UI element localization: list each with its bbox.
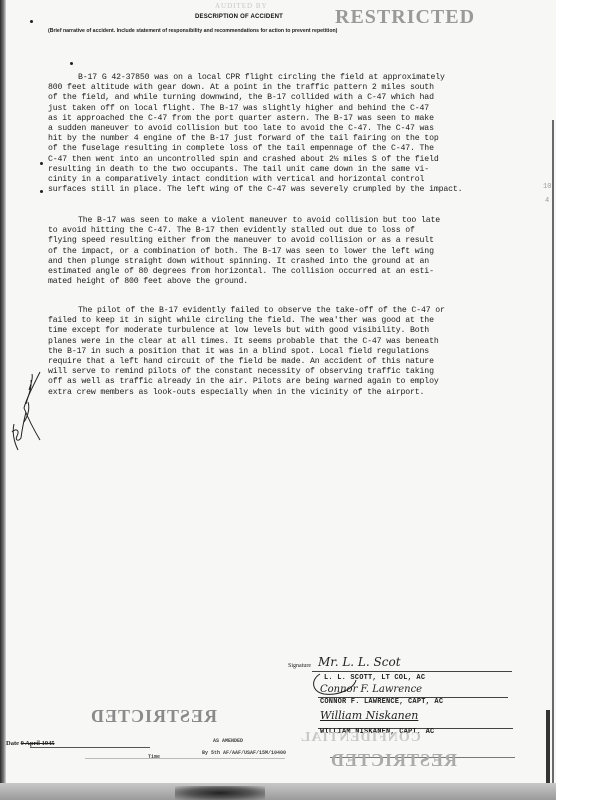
time-note: Time (148, 754, 160, 760)
form-instructions: (Brief narrative of accident. Include st… (48, 28, 337, 34)
handwritten-signature-3: William Niskanen (320, 709, 418, 722)
handwritten-signature-2: Connor F. Lawrence (320, 684, 422, 695)
text-line: surfaces still in place. The left wing o… (48, 185, 548, 195)
signer-name-2: CONNOR F. LAWRENCE, CAPT, AC (320, 698, 443, 706)
date-underline (30, 747, 150, 748)
text-line: flying speed resulting either from the m… (48, 236, 548, 246)
text-line: of the field, and while turning downwind… (48, 93, 548, 103)
punch-hole-mark (30, 20, 33, 23)
date-label: Date (6, 740, 19, 747)
text-line: B-17 G 42-37850 was on a local CPR fligh… (48, 73, 548, 83)
text-line: planes were in the clear at all times. I… (48, 337, 548, 347)
text-line: just taken off on local flight. The B-17… (48, 104, 548, 114)
authority-note: By 5th AF/AAF/USAF/15M/10400 (202, 750, 286, 756)
scan-smudge (175, 786, 265, 800)
text-line: will serve to remind pilots of the const… (48, 367, 548, 377)
side-number: 4 (545, 197, 549, 205)
text-line: time except for moderate turbulence at l… (48, 326, 548, 336)
side-number: 10 (543, 183, 551, 191)
narrative-paragraph-1: B-17 G 42-37850 was on a local CPR fligh… (48, 73, 548, 195)
text-line: require that a left hand circuit of the … (48, 357, 548, 367)
text-line: estimated angle of 80 degrees from horiz… (48, 267, 548, 277)
text-line: mated height of 800 feet above the groun… (48, 277, 548, 287)
faint-rule (85, 758, 285, 759)
text-line: extra crew members as look-outs especial… (48, 388, 548, 398)
text-line: of the fuselage resulting in complete lo… (48, 144, 548, 154)
restricted-stamp-bottom-left: RESTRICTED (90, 706, 217, 727)
text-line: and then plunge straight down without sp… (48, 257, 548, 267)
narrative-paragraph-3: The pilot of the B-17 evidently failed t… (48, 306, 548, 398)
text-line: 800 feet altitude with gear down. At a p… (48, 83, 548, 93)
signature-label: Signature (288, 663, 311, 669)
restricted-stamp-bottom-right: RESTRICTED (330, 750, 457, 771)
scan-bottom-edge (0, 783, 556, 800)
restricted-stamp-top: RESTRICTED (335, 6, 475, 29)
text-line: C-47 then went into an uncontrolled spin… (48, 155, 548, 165)
narrative-paragraph-2: The B-17 was seen to make a violent mane… (48, 216, 548, 287)
text-line: as it approached the C-47 from the port … (48, 114, 548, 124)
page-title: DESCRIPTION OF ACCIDENT (195, 14, 283, 20)
text-line: cinity in a comparatively intact conditi… (48, 175, 548, 185)
text-line: off as well as traffic already in the ai… (48, 377, 548, 387)
handwritten-bracket-mark (22, 370, 42, 442)
date-value: 9 April 1945 (21, 740, 55, 747)
text-line: failed to keep it in sight while circlin… (48, 316, 548, 326)
text-line: the B-17 in such a position that it was … (48, 347, 548, 357)
text-line: to avoid hitting the C-47. The B-17 then… (48, 226, 548, 236)
faint-header-text: AUDITED BY (215, 2, 325, 10)
amendment-note: AS AMENDED (213, 738, 243, 744)
date-field: Date 9 April 1945 (6, 740, 55, 747)
text-line: resulting in death to the two occupants.… (48, 165, 548, 175)
scan-right-edge (552, 120, 554, 790)
text-line: The pilot of the B-17 evidently failed t… (48, 306, 548, 316)
handwritten-signature-1: Mr. L. L. Scot (318, 655, 401, 669)
text-line: of the impact, or a combination of both.… (48, 247, 548, 257)
text-line: a sudden maneuver to avoid collision but… (48, 124, 548, 134)
punch-hole-mark (40, 162, 43, 165)
text-line: The B-17 was seen to make a violent mane… (48, 216, 548, 226)
faint-stamp-bottom-right: CONFIDENTIAL (300, 730, 421, 746)
punch-hole-mark (70, 62, 73, 65)
text-line: hit by the number 4 engine of the B-17 j… (48, 134, 548, 144)
punch-hole-mark (40, 190, 43, 193)
